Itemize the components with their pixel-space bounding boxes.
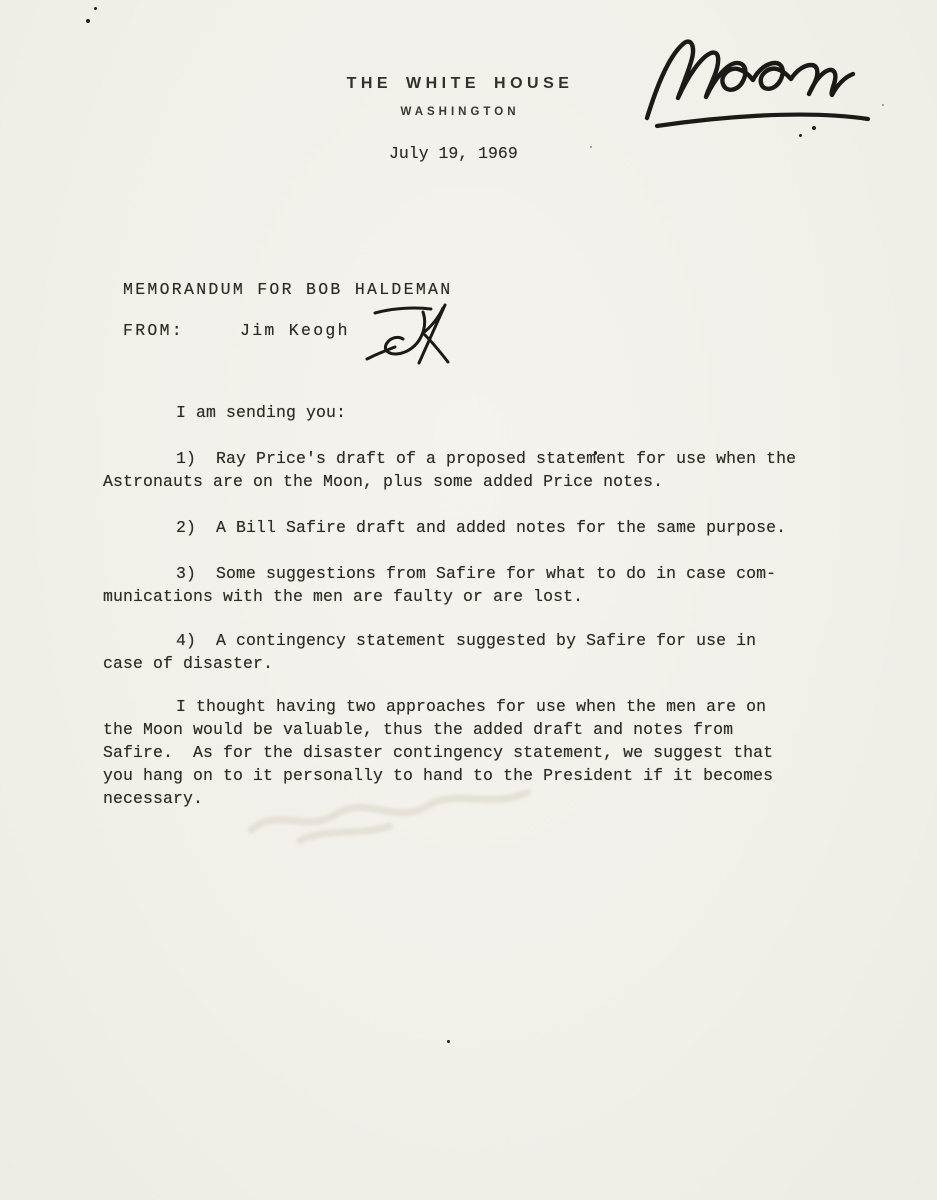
memo-body-line: 3) Some suggestions from Safire for what… bbox=[176, 566, 776, 583]
ink-speck bbox=[590, 146, 592, 148]
memo-body-line: munications with the men are faulty or a… bbox=[103, 589, 583, 606]
ink-speck bbox=[86, 19, 90, 23]
memo-body-line: Astronauts are on the Moon, plus some ad… bbox=[103, 474, 663, 491]
letterhead-subtitle: WASHINGTON bbox=[300, 106, 620, 118]
memo-to-line: MEMORANDUM FOR BOB HALDEMAN bbox=[123, 280, 452, 299]
date-line: July 19, 1969 bbox=[389, 144, 518, 163]
memo-body-line: the Moon would be valuable, thus the add… bbox=[103, 722, 733, 739]
memo-from-name: Jim Keogh bbox=[240, 321, 350, 340]
memo-body-line: 2) A Bill Safire draft and added notes f… bbox=[176, 520, 786, 537]
ink-speck bbox=[94, 7, 97, 10]
moon-handwriting-annotation: Moon bbox=[641, 30, 877, 142]
memo-body-line: case of disaster. bbox=[103, 656, 273, 673]
memo-body-line: Safire. As for the disaster contingency … bbox=[103, 745, 773, 762]
memo-document-scan: THE WHITE HOUSE WASHINGTON July 19, 1969… bbox=[0, 0, 937, 1200]
letterhead-title: THE WHITE HOUSE bbox=[300, 75, 620, 93]
ink-speck bbox=[447, 1040, 450, 1043]
memo-body-line: 1) Ray Price's draft of a proposed state… bbox=[176, 451, 796, 468]
memo-body-line: necessary. bbox=[103, 791, 203, 808]
ink-speck bbox=[882, 104, 884, 106]
memo-from-label: FROM: bbox=[123, 321, 184, 340]
initials-handwriting: JK bbox=[353, 301, 455, 365]
memo-body-line: I am sending you: bbox=[176, 405, 346, 422]
memo-body-line: I thought having two approaches for use … bbox=[176, 699, 766, 716]
memo-body-line: 4) A contingency statement suggested by … bbox=[176, 633, 756, 650]
